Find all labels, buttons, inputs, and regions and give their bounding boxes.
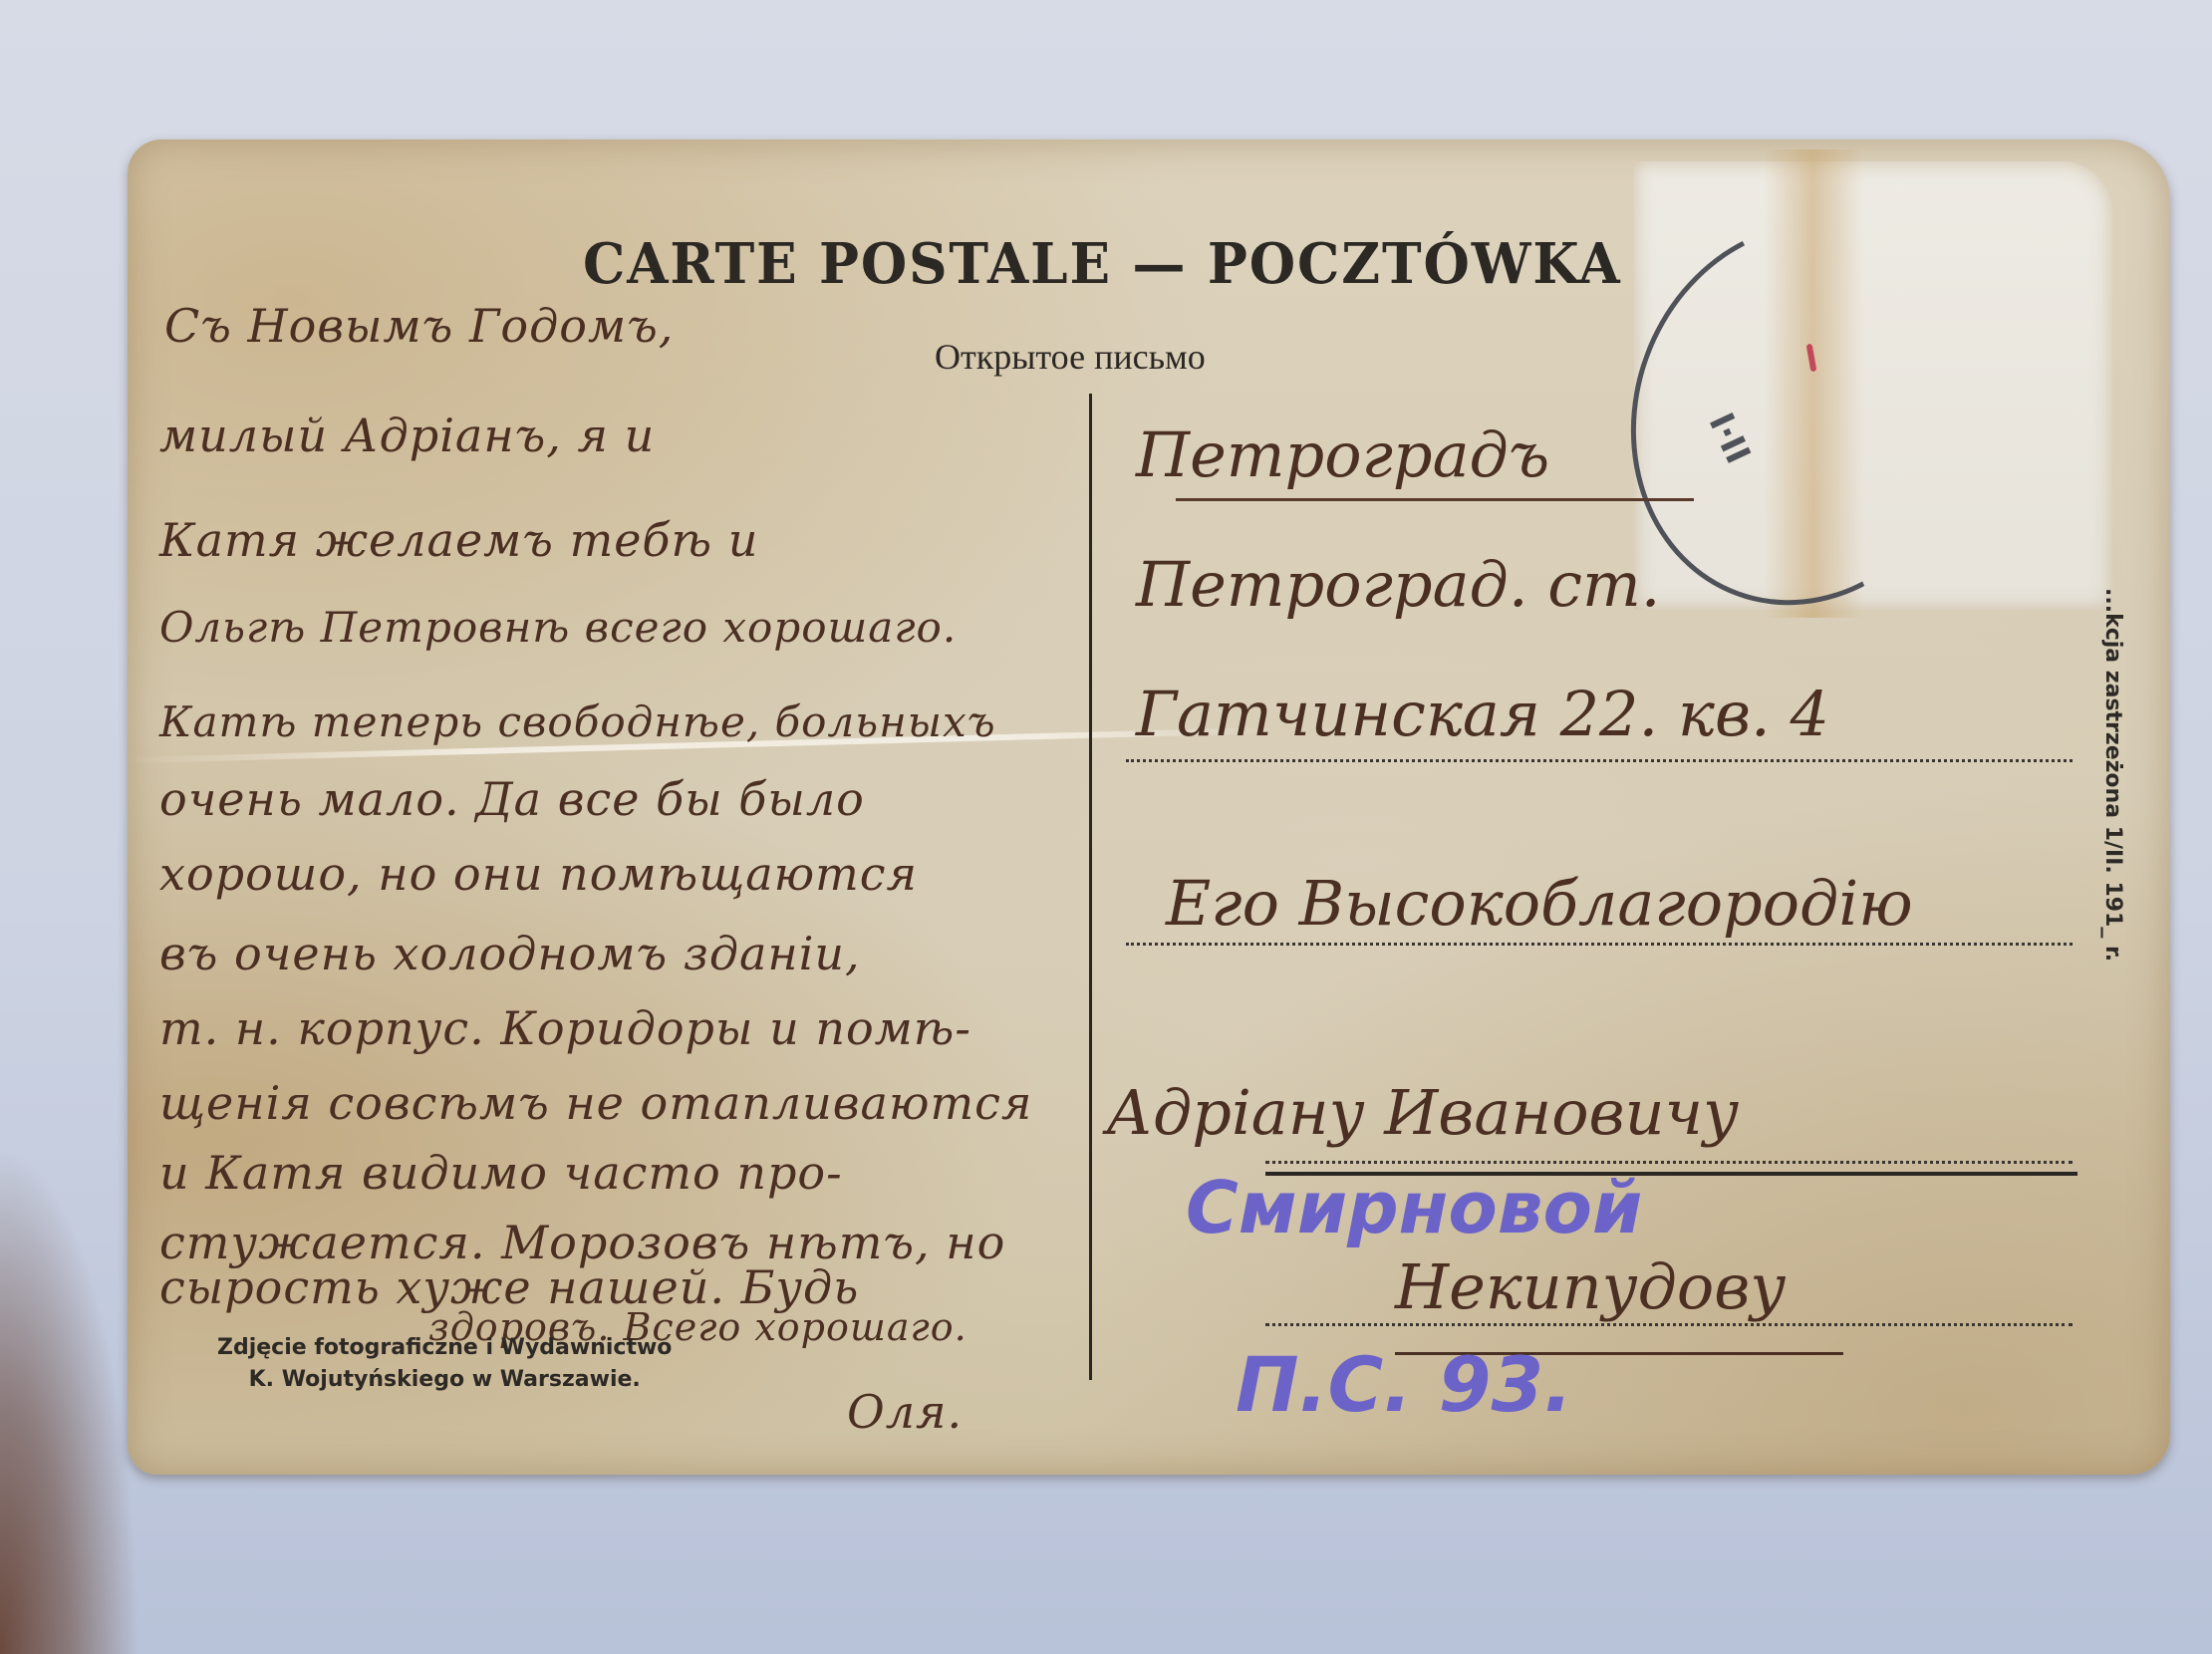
message-line: въ очень холодномъ зданіи, (159, 927, 861, 980)
message-line: щенія совсѣмъ не отапливаются (159, 1076, 1032, 1130)
message-line: и Катя видимо часто про- (159, 1146, 843, 1200)
publisher-imprint: Zdjęcie fotograficzne i Wydawnictwo K. W… (217, 1332, 672, 1396)
address-city: Петроградъ (1136, 418, 1549, 491)
blue-annotation: Смирновой (1186, 1166, 1642, 1249)
address-dotted-line (1265, 1323, 2073, 1326)
message-line: Катѣ теперь свободнѣе, больныхъ (159, 697, 996, 746)
address-line: Гатчинская 22. кв. 4 (1136, 678, 1829, 750)
postcard-title: CARTE POSTALE — POCZTÓWKA (583, 231, 1622, 297)
message-line: Ольгѣ Петровнѣ всего хорошаго. (159, 603, 957, 652)
publisher-line: K. Wojutyńskiego w Warszawie. (217, 1364, 672, 1396)
address-dotted-line (1126, 943, 2073, 946)
photo-shadow (0, 1146, 139, 1654)
address-line: Его Высокоблагородію (1166, 867, 1913, 940)
address-line: Петроград. ст. (1136, 548, 1661, 621)
signature: Оля. (847, 1385, 963, 1439)
blue-annotation: П.С. 93. (1236, 1340, 1572, 1429)
address-line: Некипудову (1395, 1250, 1786, 1323)
message-line: милый Адріанъ, я и (159, 409, 655, 462)
address-line: Адріану Ивановичу (1106, 1076, 1739, 1149)
city-underline (1176, 498, 1694, 501)
message-line: т. н. корпус. Коридоры и помѣ- (159, 1001, 971, 1055)
message-line: хорошо, но они помѣщаются (159, 847, 918, 901)
message-line: очень мало. Да все бы было (159, 772, 865, 826)
message-line: Катя желаемъ тебѣ и (159, 513, 758, 567)
postcard-subtitle: Открытое письмо (935, 336, 1206, 378)
publisher-line: Zdjęcie fotograficzne i Wydawnictwo (217, 1332, 672, 1364)
address-dotted-line (1265, 1161, 2073, 1164)
address-dotted-line (1126, 759, 2073, 762)
divider-line (1089, 394, 1092, 1380)
message-line: Съ Новымъ Годомъ, (164, 299, 674, 353)
vertical-printed-note: ...kcja zastrzeżona 1/II. 191_ r. (2100, 588, 2125, 962)
